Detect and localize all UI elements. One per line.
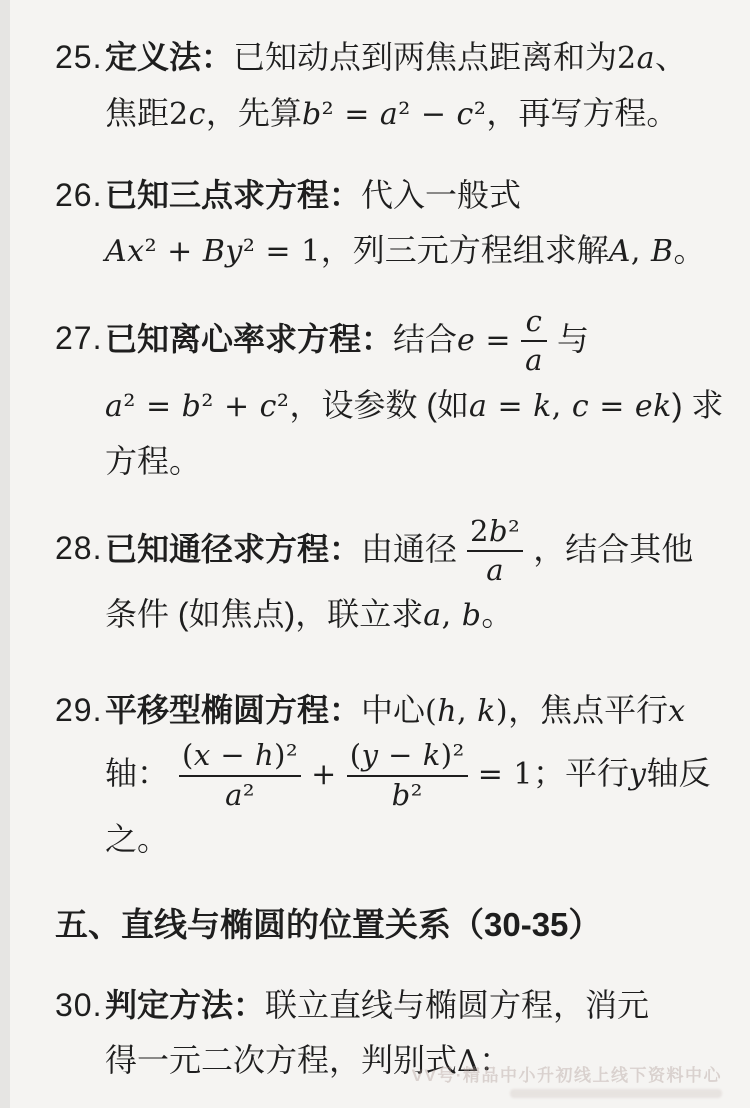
text-run: 结合 <box>393 321 457 357</box>
math-run: + <box>311 757 337 792</box>
item-27: 27. 已知离心率求方程：结合e =ca与 a² = b² + c²，设参数 (… <box>55 305 720 489</box>
text-line: 之。 <box>105 812 720 867</box>
fraction-bar <box>347 775 468 777</box>
fraction-numerator: c <box>523 305 546 338</box>
text-run: 代入一般式 <box>361 177 521 213</box>
fraction-denominator: a <box>483 554 507 587</box>
math-run: Ax² + By² = 1 <box>105 234 321 269</box>
item-number: 27. <box>55 305 105 366</box>
fraction: (y − k)²b² <box>347 739 468 812</box>
item-heading: 平移型椭圆方程： <box>105 692 361 728</box>
text-run: ，列三元方程组求解 <box>321 232 609 268</box>
fraction-numerator: (y − k)² <box>347 739 468 772</box>
math-run: a² = b² + c² <box>105 389 289 424</box>
text-run: ，设参数 (如 <box>289 387 469 423</box>
math-run: a = k, c = ek <box>469 389 672 424</box>
text-run: 方程。 <box>105 443 201 479</box>
text-run: 中心 <box>361 692 425 728</box>
fraction-denominator: a <box>522 344 546 377</box>
text-line: 焦距2c，先算b² = a² − c²，再写方程。 <box>105 86 720 142</box>
item-body: 平移型椭圆方程：中心(h, k)，焦点平行x 轴：(x − h)²a²+(y −… <box>105 683 720 867</box>
text-run: 。 <box>481 596 513 632</box>
text-run: ，焦点平行 <box>508 692 668 728</box>
fraction: 2b²a <box>467 515 523 588</box>
text-run: 轴： <box>105 755 169 791</box>
fraction-bar <box>467 550 523 552</box>
document-content: 25. 定义法：已知动点到两焦点距离和为2a、 焦距2c，先算b² = a² −… <box>0 0 750 1089</box>
math-run: e = <box>457 323 511 358</box>
fraction: (x − h)²a² <box>179 739 301 812</box>
item-body: 已知通径求方程：由通径2b²a，结合其他 条件 (如焦点)，联立求a, b。 <box>105 515 720 644</box>
watermark-line2-blur <box>510 1089 722 1098</box>
text-run: 与 <box>557 321 589 357</box>
text-line: 判定方法：联立直线与椭圆方程，消元 <box>105 978 720 1033</box>
item-heading: 已知通径求方程： <box>105 530 361 566</box>
fraction-numerator: (x − h)² <box>179 739 301 772</box>
left-edge-strip <box>0 0 10 1108</box>
text-run: 、 <box>655 39 687 75</box>
text-run: 条件 (如焦点)，联立求 <box>105 596 423 632</box>
math-run: x <box>668 694 685 729</box>
item-28: 28. 已知通径求方程：由通径2b²a，结合其他 条件 (如焦点)，联立求a, … <box>55 515 720 644</box>
item-heading: 已知三点求方程： <box>105 177 361 213</box>
text-run: 之。 <box>105 821 169 857</box>
math-run: A, B <box>609 234 674 269</box>
item-body: 已知离心率求方程：结合e =ca与 a² = b² + c²，设参数 (如a =… <box>105 305 720 489</box>
watermark: VV号·精品中小升初线上线下资料中心 <box>412 1061 722 1098</box>
watermark-line1: VV号·精品中小升初线上线下资料中心 <box>412 1061 722 1086</box>
item-heading: 判定方法： <box>105 987 265 1023</box>
text-line: 方程。 <box>105 434 720 489</box>
math-run: b² = a² − c² <box>302 97 486 132</box>
fraction-bar <box>521 340 547 342</box>
math-run: 2c <box>169 97 206 132</box>
text-line: 轴：(x − h)²a²+(y − k)²b²= 1；平行y轴反 <box>105 739 720 812</box>
item-26: 26. 已知三点求方程：代入一般式 Ax² + By² = 1，列三元方程组求解… <box>55 168 720 279</box>
item-heading: 定义法： <box>105 39 233 75</box>
math-run: 2a <box>617 41 655 76</box>
text-run: ，先算 <box>206 95 302 131</box>
item-number: 29. <box>55 683 105 738</box>
text-run: 已知动点到两焦点距离和为 <box>233 39 617 75</box>
text-line: 定义法：已知动点到两焦点距离和为2a、 <box>105 30 720 86</box>
text-run: ) 求 <box>672 387 724 423</box>
text-run: 焦距 <box>105 95 169 131</box>
text-run: ；平行 <box>533 755 629 791</box>
text-run: 得一元二次方程，判别式 <box>105 1042 457 1078</box>
text-run: ，结合其他 <box>533 530 693 566</box>
text-line: 已知三点求方程：代入一般式 <box>105 168 720 223</box>
item-25: 25. 定义法：已知动点到两焦点距离和为2a、 焦距2c，先算b² = a² −… <box>55 30 720 142</box>
text-line: 已知离心率求方程：结合e =ca与 <box>105 305 720 378</box>
item-number: 26. <box>55 168 105 223</box>
item-body: 定义法：已知动点到两焦点距离和为2a、 焦距2c，先算b² = a² − c²，… <box>105 30 720 142</box>
section-heading: 五、直线与椭圆的位置关系（30-35） <box>55 897 720 952</box>
fraction-bar <box>179 775 301 777</box>
text-line: 已知通径求方程：由通径2b²a，结合其他 <box>105 515 720 588</box>
text-line: Ax² + By² = 1，列三元方程组求解A, B。 <box>105 223 720 279</box>
item-number: 28. <box>55 515 105 576</box>
math-run: y <box>629 757 646 792</box>
text-line: a² = b² + c²，设参数 (如a = k, c = ek) 求 <box>105 378 720 434</box>
item-29: 29. 平移型椭圆方程：中心(h, k)，焦点平行x 轴：(x − h)²a²+… <box>55 683 720 867</box>
text-run: 。 <box>674 232 706 268</box>
text-line: 条件 (如焦点)，联立求a, b。 <box>105 587 720 643</box>
text-run: 联立直线与椭圆方程，消元 <box>265 987 649 1023</box>
text-line: 平移型椭圆方程：中心(h, k)，焦点平行x <box>105 683 720 739</box>
item-heading: 已知离心率求方程： <box>105 321 393 357</box>
math-run: = 1 <box>478 757 533 792</box>
fraction-numerator: 2b² <box>467 515 523 548</box>
item-body: 已知三点求方程：代入一般式 Ax² + By² = 1，列三元方程组求解A, B… <box>105 168 720 279</box>
text-run: 轴反 <box>646 755 710 791</box>
math-run: (h, k) <box>425 694 508 729</box>
text-run: 由通径 <box>361 530 457 566</box>
fraction: ca <box>521 305 547 378</box>
item-number: 30. <box>55 978 105 1033</box>
item-number: 25. <box>55 30 105 85</box>
fraction-denominator: b² <box>389 779 426 812</box>
math-run: a, b <box>423 598 481 633</box>
fraction-denominator: a² <box>222 779 258 812</box>
text-run: ，再写方程。 <box>486 95 678 131</box>
